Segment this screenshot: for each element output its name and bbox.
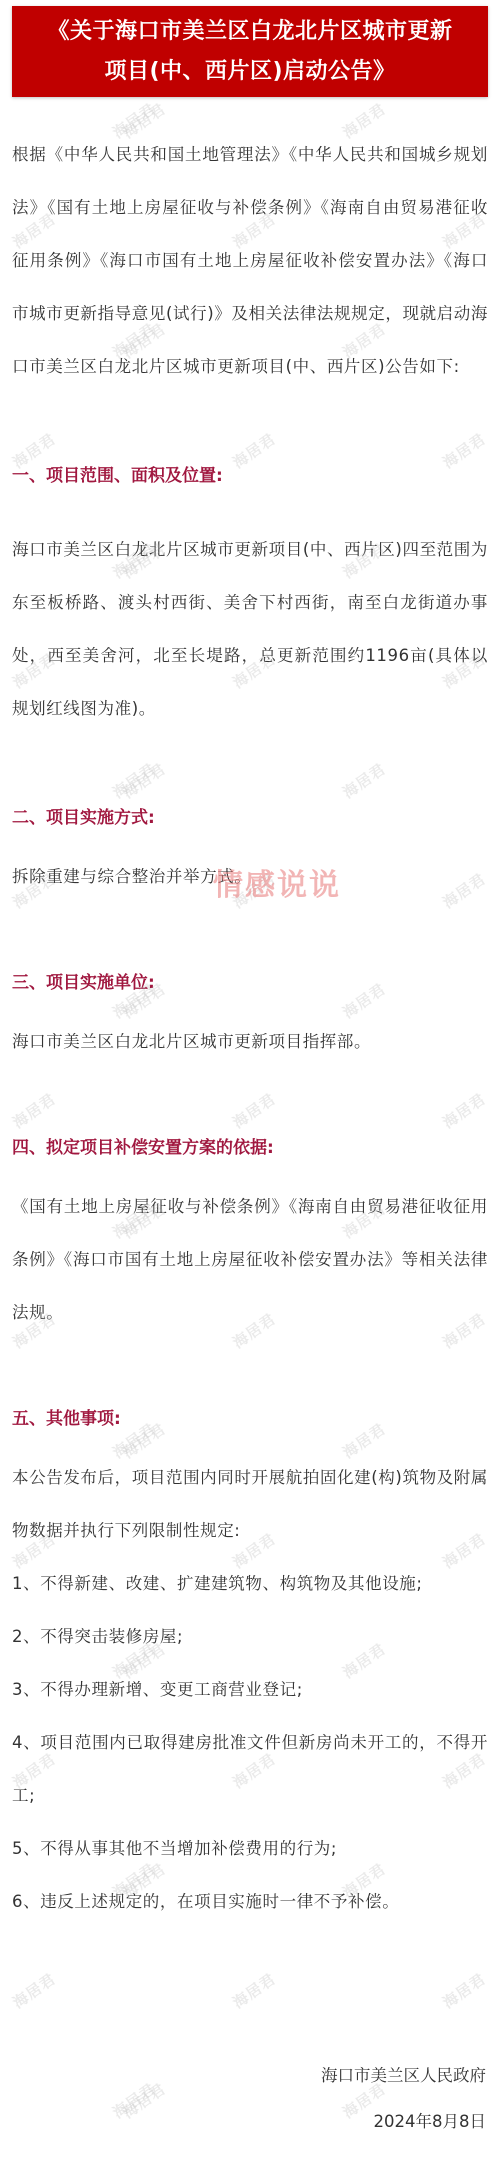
spacer — [12, 1068, 488, 1122]
section-body-scope: 海口市美兰区白龙北片区城市更新项目(中、西片区)四至范围为东至板桥路、渡头村西街… — [12, 523, 488, 735]
section-heading-other: 五、其他事项: — [12, 1393, 488, 1446]
watermark-text: 海居君 — [118, 2078, 169, 2123]
list-item: 3、不得办理新增、变更工商营业登记; — [12, 1663, 488, 1716]
announcement-body: 根据《中华人民共和国土地管理法》《中华人民共和国城乡规划法》《国有土地上房屋征收… — [12, 128, 488, 1928]
announcement-title: 《关于海口市美兰区白龙北片区城市更新项目(中、西片区)启动公告》 — [40, 12, 460, 92]
section-heading-unit: 三、项目实施单位: — [12, 957, 488, 1010]
list-item: 1、不得新建、改建、扩建建筑物、构筑物及其他设施; — [12, 1557, 488, 1610]
list-item: 2、不得突击装修房屋; — [12, 1610, 488, 1663]
section-body-basis: 《国有土地上房屋征收与补偿条例》《海南自由贸易港征收征用条例》《海口市国有土地上… — [12, 1180, 488, 1339]
watermark-text: 海居君 — [8, 1968, 59, 2013]
watermark-text: 海居君 — [228, 1968, 279, 2013]
section-heading-method: 二、项目实施方式: — [12, 792, 488, 845]
section-body-method: 拆除重建与综合整治并举方式。 — [12, 850, 488, 903]
spacer — [12, 1339, 488, 1393]
spacer — [12, 393, 488, 450]
section-heading-basis: 四、拟定项目补偿安置方案的依据: — [12, 1122, 488, 1175]
spacer — [12, 903, 488, 957]
intro-paragraph: 根据《中华人民共和国土地管理法》《中华人民共和国城乡规划法》《国有土地上房屋征收… — [12, 128, 488, 393]
section-heading-scope: 一、项目范围、面积及位置: — [12, 450, 488, 503]
watermark-text: 海居君 — [438, 1968, 489, 2013]
spacer — [12, 503, 488, 523]
list-item: 4、项目范围内已取得建房批准文件但新房尚未开工的，不得开工; — [12, 1716, 488, 1822]
spacer — [12, 735, 488, 792]
signature-organization: 海口市美兰区人民政府 — [321, 2062, 486, 2086]
section-body-unit: 海口市美兰区白龙北片区城市更新项目指挥部。 — [12, 1015, 488, 1068]
list-item: 6、违反上述规定的，在项目实施时一律不予补偿。 — [12, 1875, 488, 1928]
watermark-text: 海居君 — [108, 2078, 159, 2123]
list-item: 5、不得从事其他不当增加补偿费用的行为; — [12, 1822, 488, 1875]
restriction-list: 1、不得新建、改建、扩建建筑物、构筑物及其他设施; 2、不得突击装修房屋; 3、… — [12, 1557, 488, 1928]
title-banner: 《关于海口市美兰区白龙北片区城市更新项目(中、西片区)启动公告》 — [12, 6, 488, 97]
signature-date: 2024年8月8日 — [374, 2108, 487, 2132]
section-body-other: 本公告发布后，项目范围内同时开展航拍固化建(构)筑物及附属物数据并执行下列限制性… — [12, 1451, 488, 1557]
